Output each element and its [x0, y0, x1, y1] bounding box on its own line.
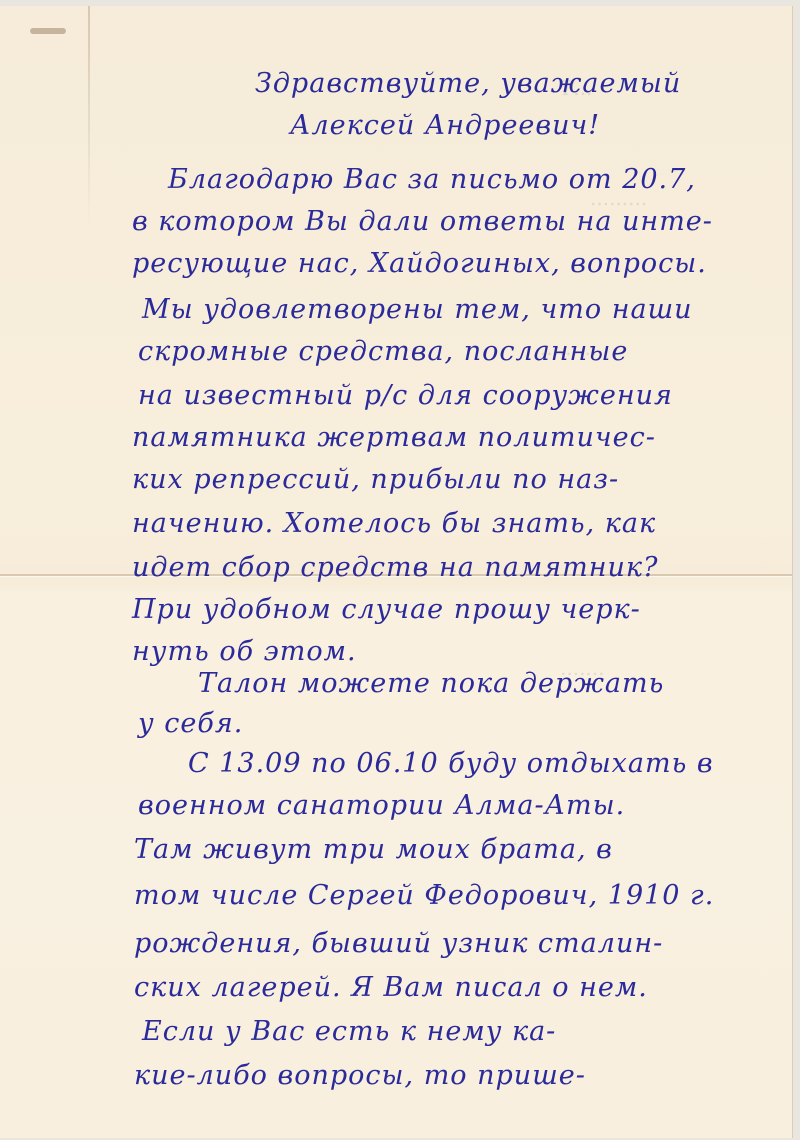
body-line: Если у Вас есть к нему ка-	[142, 1016, 556, 1047]
body-line: ресующие нас, Хайдогиных, вопросы.	[132, 248, 707, 279]
body-line: нуть об этом.	[132, 636, 357, 667]
body-line: ских лагерей. Я Вам писал о нем.	[134, 972, 648, 1003]
body-line: Мы удовлетворены тем, что наши	[142, 294, 693, 325]
body-line: ких репрессий, прибыли по наз-	[132, 464, 619, 495]
body-line: идет сбор средств на памятник?	[132, 552, 659, 583]
vertical-fold-line	[88, 6, 90, 226]
body-line: При удобном случае прошу черк-	[132, 594, 641, 625]
body-line: Талон можете пока держать	[198, 668, 664, 699]
body-line: военном санатории Алма-Аты.	[138, 790, 625, 821]
body-line: Благодарю Вас за письмо от 20.7,	[168, 164, 696, 195]
body-line: в котором Вы дали ответы на инте-	[132, 206, 713, 237]
greeting-line-1: Здравствуйте, уважаемый	[255, 68, 681, 99]
body-line: кие-либо вопросы, то прише-	[134, 1060, 586, 1091]
body-line: Там живут три моих брата, в	[134, 834, 613, 865]
body-line: С 13.09 по 06.10 буду отдыхать в	[188, 748, 714, 779]
body-line: рождения, бывший узник сталин-	[134, 928, 663, 959]
body-line: у себя.	[138, 708, 243, 739]
body-line: начению. Хотелось бы знать, как	[132, 508, 656, 539]
body-line: скромные средства, посланные	[138, 336, 628, 367]
body-line: том числе Сергей Федорович, 1910 г.	[134, 880, 714, 911]
body-line: памятника жертвам политичес-	[132, 422, 656, 453]
body-line: на известный р/с для сооружения	[138, 380, 673, 411]
staple-mark	[30, 28, 66, 34]
greeting-line-2: Алексей Андреевич!	[290, 110, 600, 141]
